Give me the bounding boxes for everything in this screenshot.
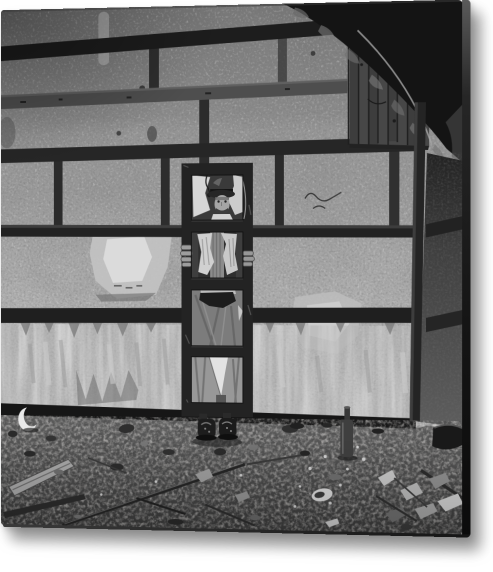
man-scarf [211,214,233,220]
print-shadow [0,0,493,572]
man-left-hand [181,245,193,267]
man-right-hand [242,251,254,266]
floor-vignette [1,432,463,536]
man-face [215,195,230,215]
corner-vignette [1,5,225,167]
pane-coat [191,289,243,346]
stud [389,144,399,230]
window-bottom-rail [182,402,253,417]
pane-legs [191,357,243,403]
stud [275,150,284,228]
product-mockup [0,0,493,572]
photo-artwork [1,0,463,535]
stud [278,34,287,85]
stud [54,157,63,228]
window-with-man [181,163,255,418]
photo-face [1,0,463,535]
pane-head [191,175,245,220]
print-side-edge [462,0,470,538]
metal-print [1,0,463,535]
